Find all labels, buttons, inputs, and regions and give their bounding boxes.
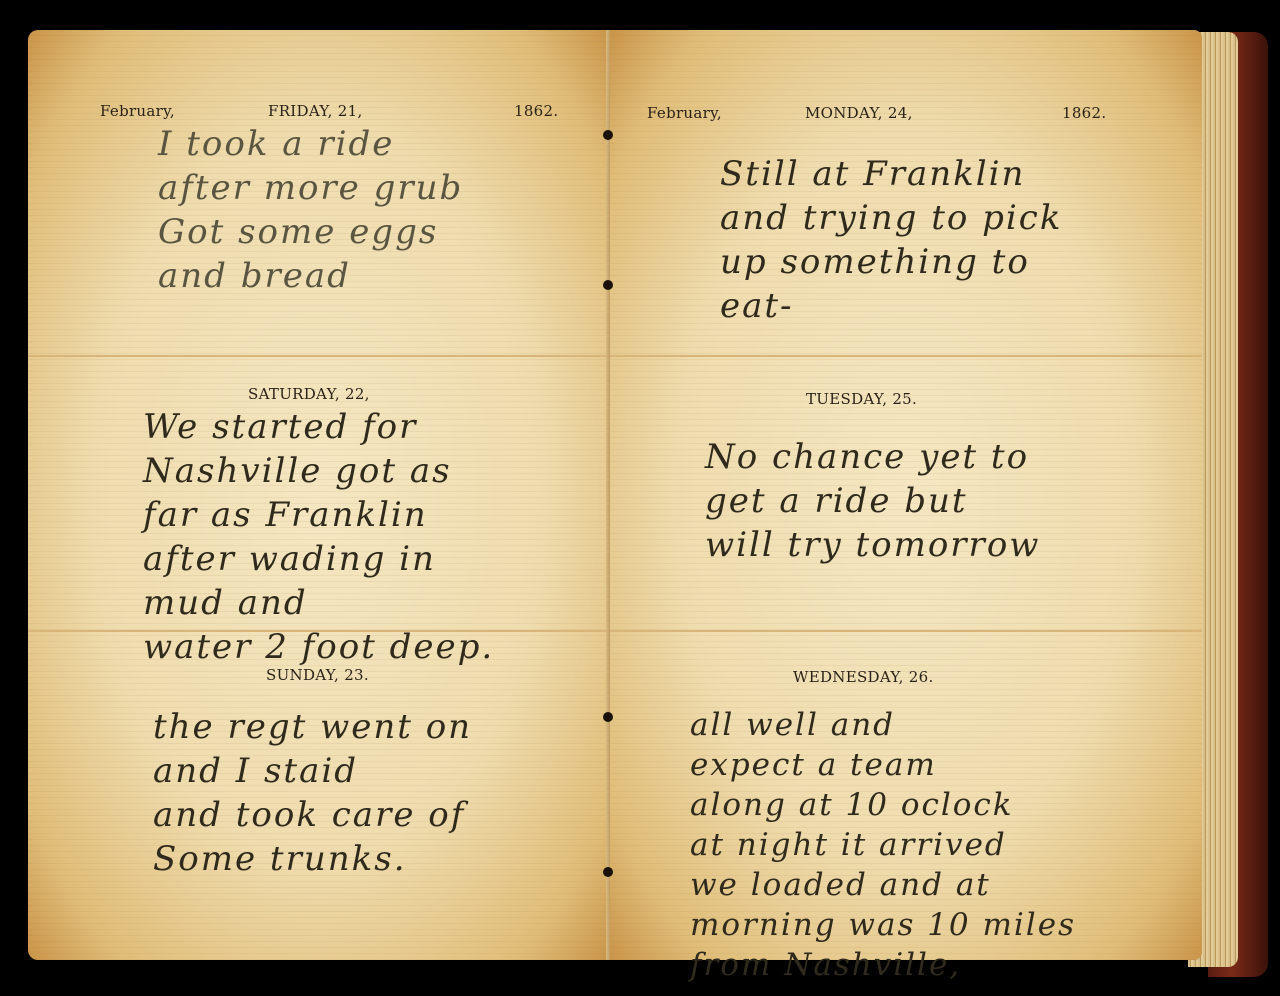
entry-divider [610,630,1202,632]
diary-entry-text: the regt went on and I staid and took ca… [153,705,472,881]
year-label: 1862. [1062,104,1106,122]
month-label: February, [100,102,175,120]
diary-entry-text: I took a ride after more grub Got some e… [158,122,463,298]
day-heading: SUNDAY, 23. [266,666,369,684]
left-page: February, FRIDAY, 21, 1862. I took a rid… [28,30,610,960]
binding-hole [603,130,613,140]
entry-divider [28,355,610,357]
day-heading: WEDNESDAY, 26. [793,668,934,686]
right-page: February, MONDAY, 24, 1862. Still at Fra… [610,30,1202,960]
binding-hole [603,712,613,722]
binding-hole [603,280,613,290]
diary-entry-text: all well and expect a team along at 10 o… [690,705,1076,985]
diary-entry-text: We started for Nashville got as far as F… [143,405,494,669]
day-heading: MONDAY, 24, [805,104,913,122]
day-heading: SATURDAY, 22, [248,385,370,403]
diary-entry-text: No chance yet to get a ride but will try… [705,435,1040,567]
month-label: February, [647,104,722,122]
binding-hole [603,867,613,877]
open-diary: February, FRIDAY, 21, 1862. I took a rid… [28,22,1248,974]
day-heading: FRIDAY, 21, [268,102,363,120]
diary-entry-text: Still at Franklin and trying to pick up … [720,152,1062,328]
year-label: 1862. [514,102,558,120]
entry-divider [610,355,1202,357]
day-heading: TUESDAY, 25. [806,390,917,408]
